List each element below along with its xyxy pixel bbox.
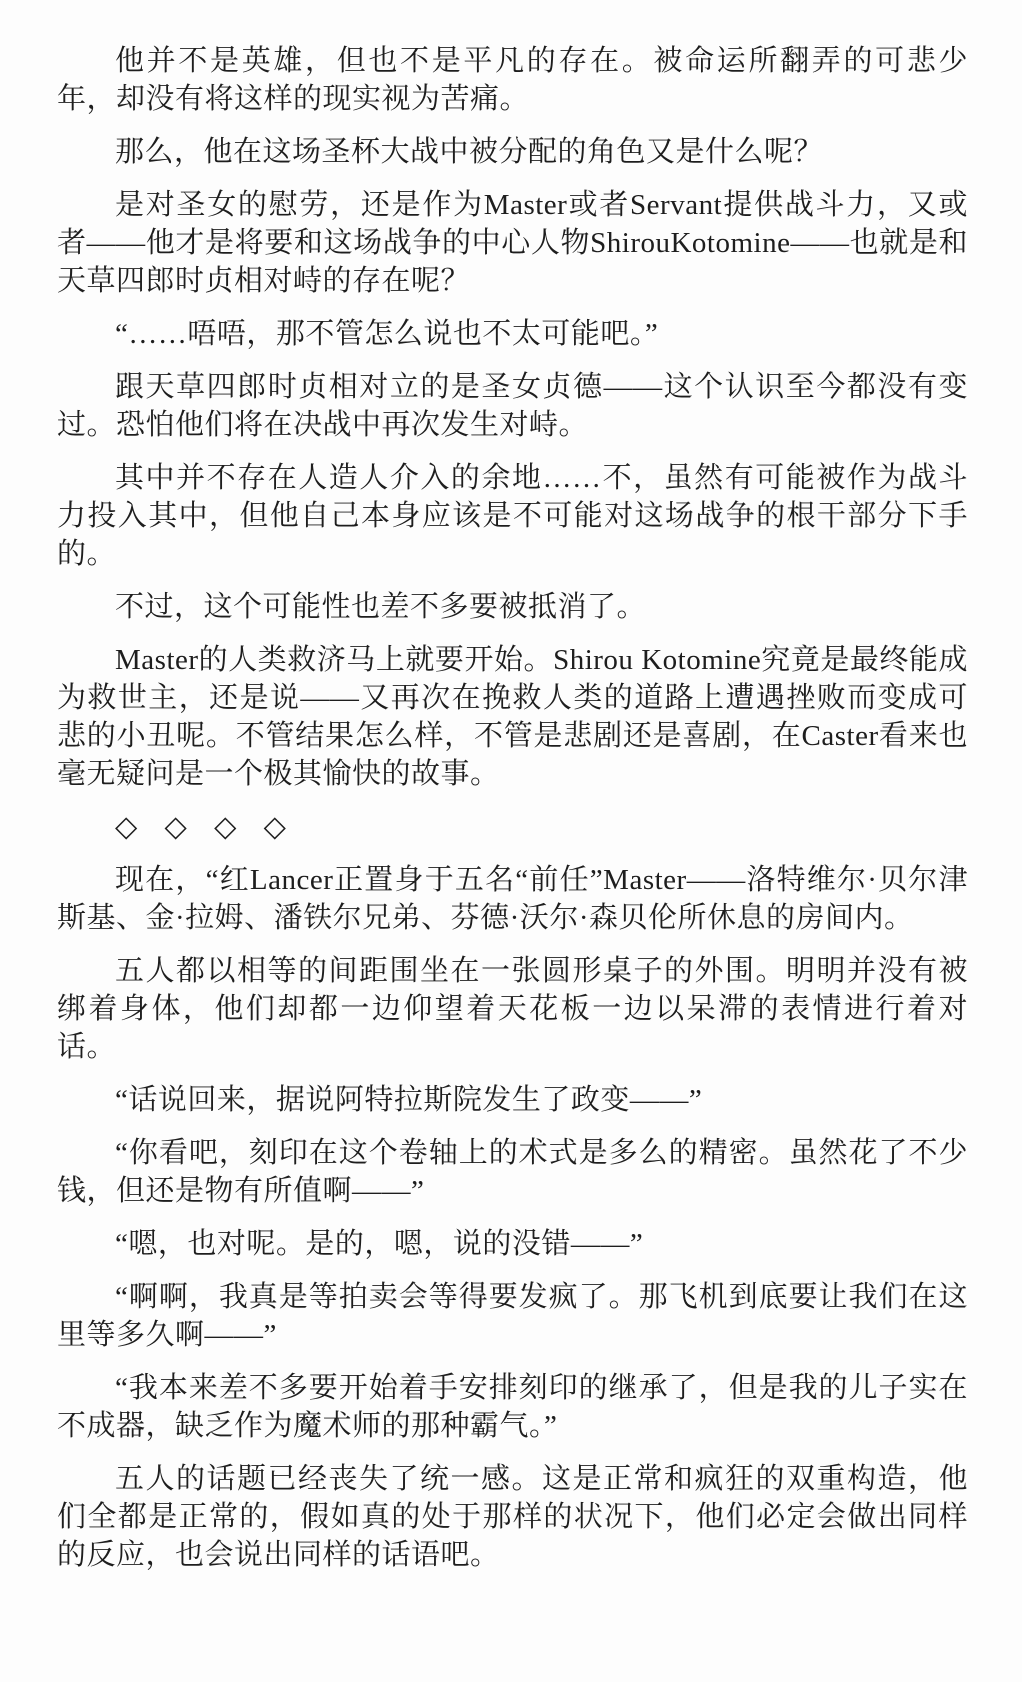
- paragraph: 是对圣女的慰劳，还是作为Master或者Servant提供战斗力，又或者——他才…: [57, 186, 968, 300]
- paragraph: 现在，“红Lancer正置身于五名“前任”Master——洛特维尔·贝尔津斯基、…: [57, 861, 968, 937]
- paragraph: 他并不是英雄，但也不是平凡的存在。被命运所翻弄的可悲少年，却没有将这样的现实视为…: [57, 42, 968, 118]
- paragraph: Master的人类救济马上就要开始。Shirou Kotomine究竟是最终能成…: [57, 641, 968, 793]
- paragraph: “啊啊，我真是等拍卖会等得要发疯了。那飞机到底要让我们在这里等多久啊——”: [57, 1278, 968, 1354]
- paragraph: 五人的话题已经丧失了统一感。这是正常和疯狂的双重构造，他们全都是正常的，假如真的…: [57, 1460, 968, 1574]
- section-divider: ◇ ◇ ◇ ◇: [57, 808, 968, 846]
- paragraph: “话说回来，据说阿特拉斯院发生了政变——”: [57, 1081, 968, 1119]
- paragraph: “嗯，也对呢。是的，嗯，说的没错——”: [57, 1225, 968, 1263]
- paragraph: 其中并不存在人造人介入的余地……不，虽然有可能被作为战斗力投入其中，但他自己本身…: [57, 459, 968, 573]
- paragraph: 那么，他在这场圣杯大战中被分配的角色又是什么呢？: [57, 133, 968, 171]
- paragraph: 不过，这个可能性也差不多要被抵消了。: [57, 588, 968, 626]
- paragraph: “……唔唔，那不管怎么说也不太可能吧。”: [57, 315, 968, 353]
- novel-text-content: 他并不是英雄，但也不是平凡的存在。被命运所翻弄的可悲少年，却没有将这样的现实视为…: [57, 42, 968, 1574]
- paragraph: 五人都以相等的间距围坐在一张圆形桌子的外围。明明并没有被绑着身体，他们却都一边仰…: [57, 952, 968, 1066]
- paragraph: “你看吧，刻印在这个卷轴上的术式是多么的精密。虽然花了不少钱，但还是物有所值啊—…: [57, 1134, 968, 1210]
- paragraph: “我本来差不多要开始着手安排刻印的继承了，但是我的儿子实在不成器，缺乏作为魔术师…: [57, 1369, 968, 1445]
- paragraph: 跟天草四郎时贞相对立的是圣女贞德——这个认识至今都没有变过。恐怕他们将在决战中再…: [57, 368, 968, 444]
- novel-page: 他并不是英雄，但也不是平凡的存在。被命运所翻弄的可悲少年，却没有将这样的现实视为…: [0, 0, 1022, 1682]
